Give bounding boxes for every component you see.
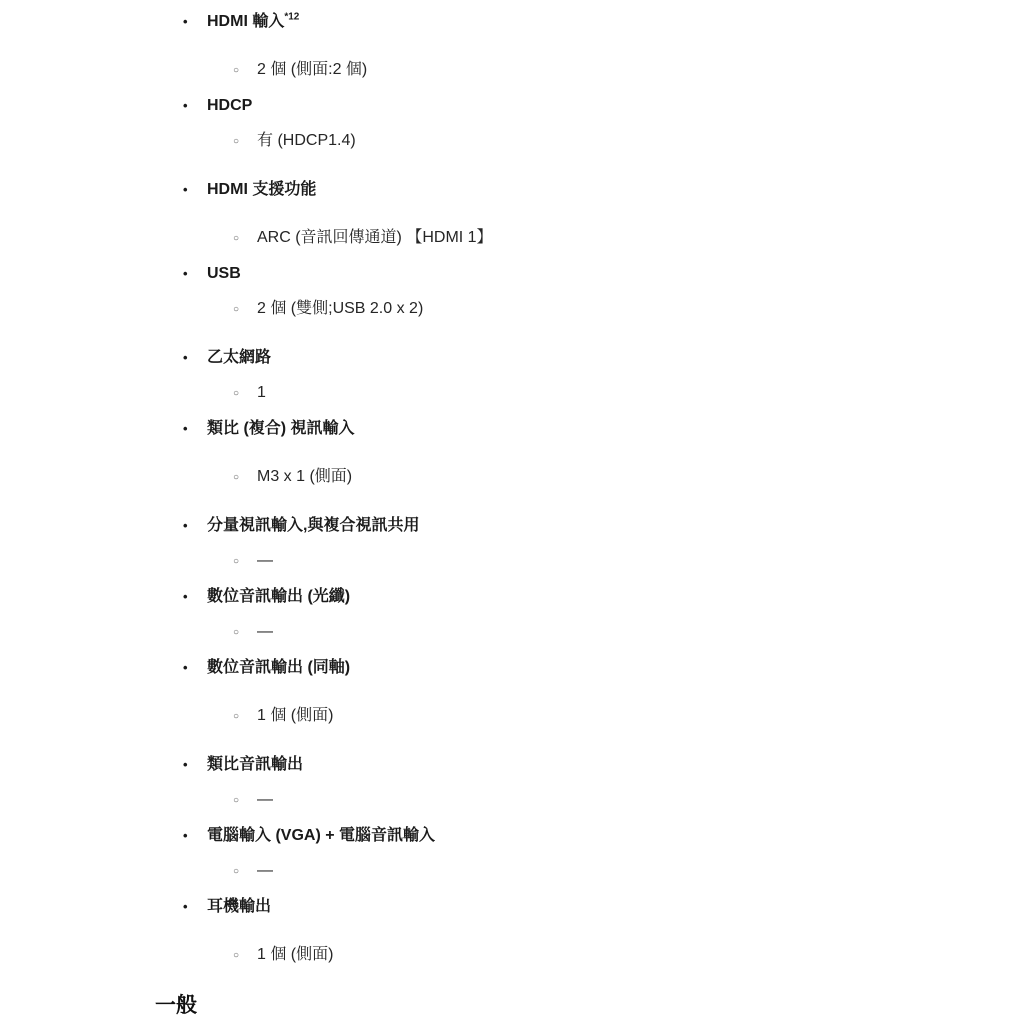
spec-term: •USB xyxy=(183,264,1024,284)
bullet-icon: • xyxy=(183,96,207,116)
spec-term: •乙太網路 xyxy=(183,348,1024,368)
spec-value: ○1 個 (側面) xyxy=(233,706,1024,727)
circle-bullet-icon: ○ xyxy=(233,946,257,966)
spec-document: •HDMI 輸入*12 ○2 個 (側面:2 個) •HDCP ○有 (HDCP… xyxy=(0,0,1024,1024)
bullet-icon: • xyxy=(183,658,207,678)
bullet-icon: • xyxy=(183,180,207,200)
spec-value: ○1 個 (側面) xyxy=(233,945,1024,966)
circle-bullet-icon: ○ xyxy=(233,623,257,643)
spec-term-label: 數位音訊輸出 (同軸) xyxy=(207,659,350,676)
bullet-icon: • xyxy=(183,12,207,32)
spec-value-text: 1 個 (側面) xyxy=(257,946,333,963)
spec-value: ○2 個 (雙側;USB 2.0 x 2) xyxy=(233,299,1024,320)
circle-bullet-icon: ○ xyxy=(233,707,257,727)
spec-value: ○— xyxy=(233,790,1024,811)
spec-term-label: 乙太網路 xyxy=(207,349,271,366)
spec-term: •類比音訊輸出 xyxy=(183,755,1024,775)
spec-value-text: 有 (HDCP1.4) xyxy=(257,132,356,149)
spec-value-text: 2 個 (側面:2 個) xyxy=(257,61,367,78)
spec-value: ○— xyxy=(233,551,1024,572)
bullet-icon: • xyxy=(183,348,207,368)
spec-value-text: M3 x 1 (側面) xyxy=(257,468,352,485)
spec-term-label: 數位音訊輸出 (光纖) xyxy=(207,588,350,605)
circle-bullet-icon: ○ xyxy=(233,61,257,81)
spec-term-label: 分量視訊輸入,與複合視訊共用 xyxy=(207,517,419,534)
spec-term: •HDCP xyxy=(183,96,1024,116)
spec-term-label: HDCP xyxy=(207,97,252,114)
spec-term: •電腦輸入 (VGA) + 電腦音訊輸入 xyxy=(183,826,1024,846)
circle-bullet-icon: ○ xyxy=(233,791,257,811)
circle-bullet-icon: ○ xyxy=(233,468,257,488)
spec-value-text: ARC (音訊回傳通道) 【HDMI 1】 xyxy=(257,229,493,246)
circle-bullet-icon: ○ xyxy=(233,132,257,152)
spec-value: ○— xyxy=(233,861,1024,882)
bullet-icon: • xyxy=(183,897,207,917)
spec-term: •數位音訊輸出 (光纖) xyxy=(183,587,1024,607)
footnote-marker: *12 xyxy=(284,12,299,23)
circle-bullet-icon: ○ xyxy=(233,552,257,572)
spec-term: •耳機輸出 xyxy=(183,897,1024,917)
spec-value: ○1 xyxy=(233,383,1024,404)
spec-term: •HDMI 輸入*12 xyxy=(183,12,1024,32)
spec-term-label: USB xyxy=(207,265,241,282)
circle-bullet-icon: ○ xyxy=(233,300,257,320)
spec-value-text: — xyxy=(257,552,273,569)
spec-term: •分量視訊輸入,與複合視訊共用 xyxy=(183,516,1024,536)
spec-term-label: HDMI 輸入*12 xyxy=(207,13,299,30)
spec-term-label: 電腦輸入 (VGA) + 電腦音訊輸入 xyxy=(207,827,435,844)
spec-term-label: 類比音訊輸出 xyxy=(207,756,303,773)
spec-term: •類比 (複合) 視訊輸入 xyxy=(183,419,1024,439)
bullet-icon: • xyxy=(183,755,207,775)
bullet-icon: • xyxy=(183,264,207,284)
spec-value-text: 1 個 (側面) xyxy=(257,707,333,724)
spec-value: ○ARC (音訊回傳通道) 【HDMI 1】 xyxy=(233,228,1024,249)
spec-value-text: — xyxy=(257,862,273,879)
bullet-icon: • xyxy=(183,419,207,439)
circle-bullet-icon: ○ xyxy=(233,229,257,249)
spec-value: ○2 個 (側面:2 個) xyxy=(233,60,1024,81)
spec-value-text: — xyxy=(257,623,273,640)
spec-value: ○— xyxy=(233,622,1024,643)
circle-bullet-icon: ○ xyxy=(233,384,257,404)
spec-term-label: 類比 (複合) 視訊輸入 xyxy=(207,420,355,437)
spec-value-text: 2 個 (雙側;USB 2.0 x 2) xyxy=(257,300,423,317)
section-heading: 一般 xyxy=(155,992,1024,1018)
spec-value: ○有 (HDCP1.4) xyxy=(233,131,1024,152)
spec-value-text: 1 xyxy=(257,384,266,401)
spec-term: •HDMI 支援功能 xyxy=(183,180,1024,200)
spec-term-label: HDMI 支援功能 xyxy=(207,181,316,198)
bullet-icon: • xyxy=(183,826,207,846)
circle-bullet-icon: ○ xyxy=(233,862,257,882)
spec-value: ○M3 x 1 (側面) xyxy=(233,467,1024,488)
bullet-icon: • xyxy=(183,516,207,536)
bullet-icon: • xyxy=(183,587,207,607)
spec-term: •數位音訊輸出 (同軸) xyxy=(183,658,1024,678)
spec-term-label: 耳機輸出 xyxy=(207,898,271,915)
spec-value-text: — xyxy=(257,791,273,808)
